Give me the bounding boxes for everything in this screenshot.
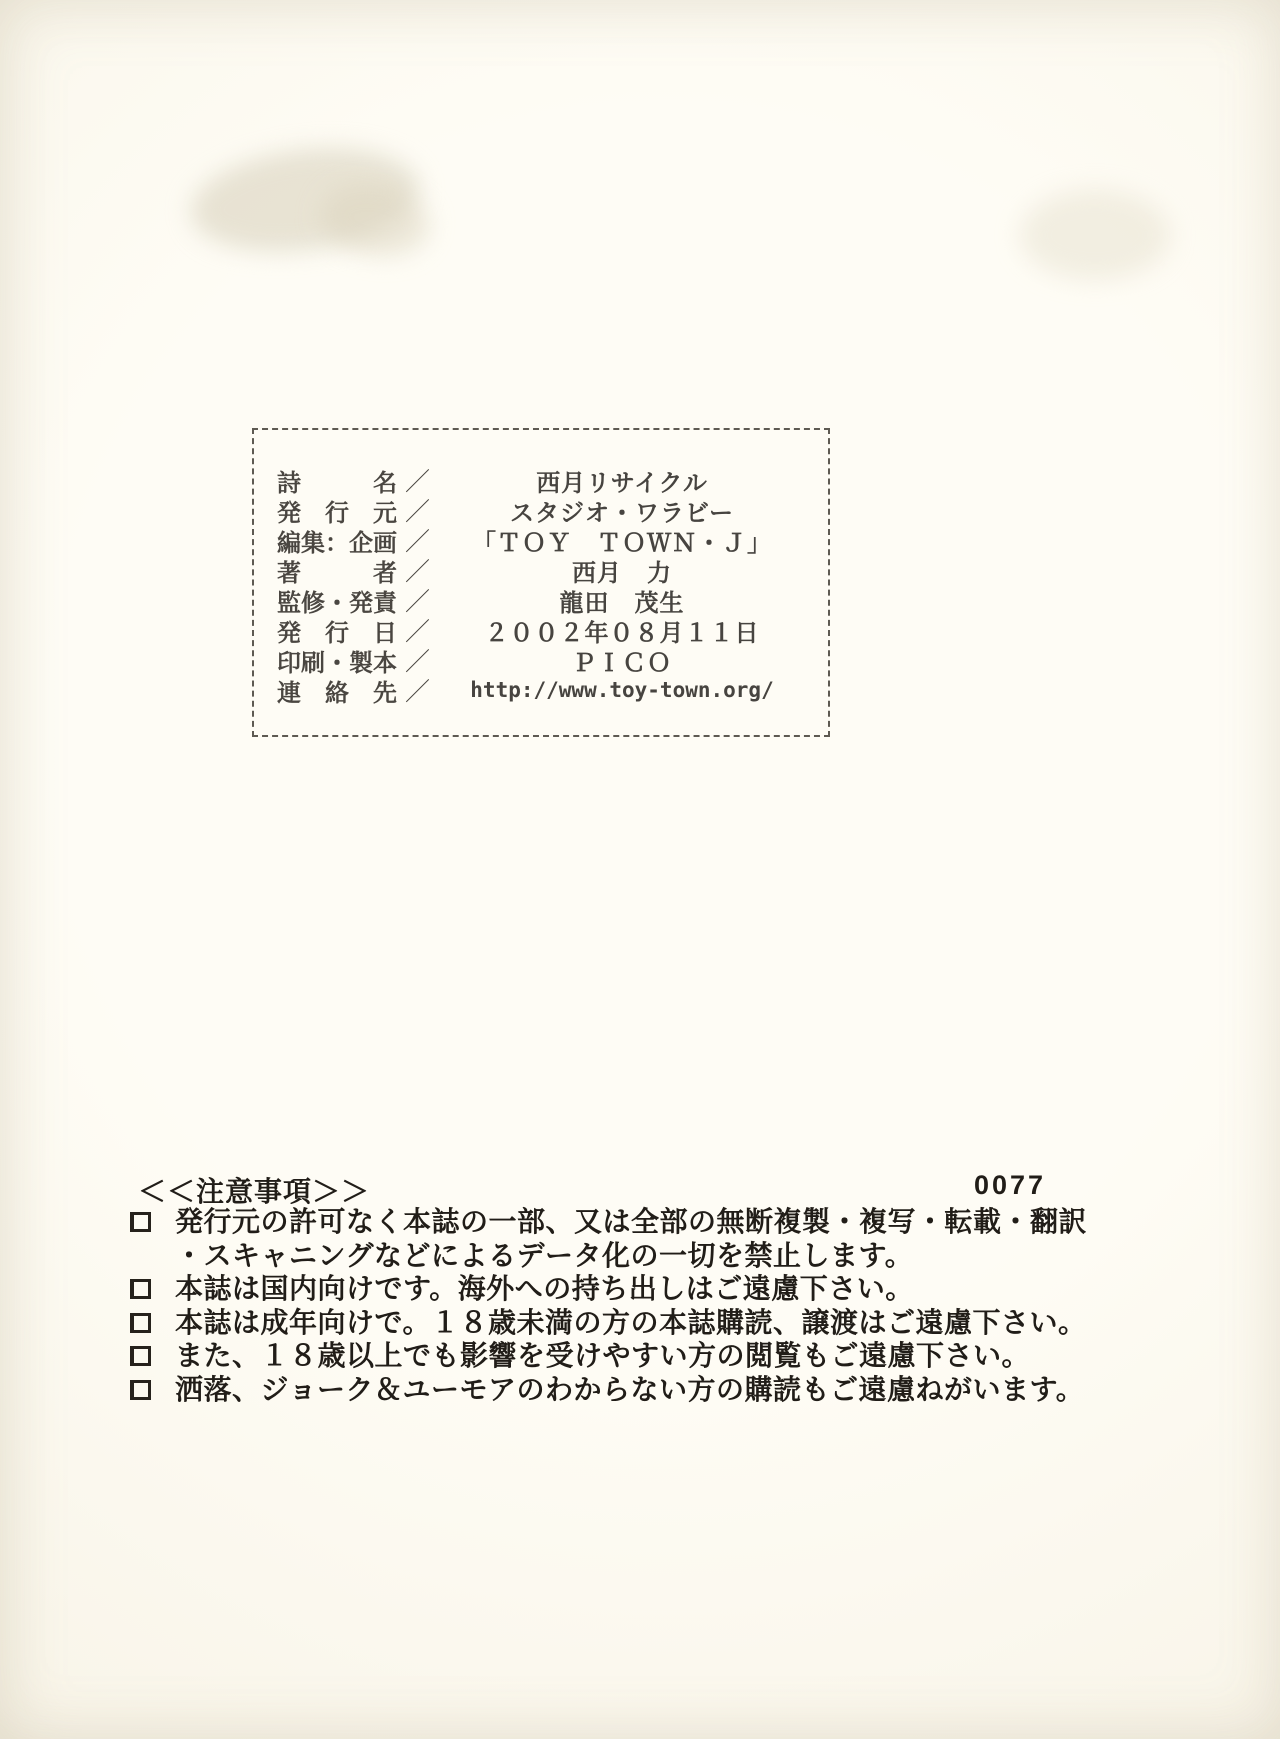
colophon-value: ＰＩＣＯ (430, 643, 814, 678)
colophon-label: 連 絡 先 (277, 673, 399, 708)
notice-title: ＜＜注意事項＞＞ (138, 1170, 370, 1210)
checkbox-icon (130, 1380, 151, 1400)
checkbox-icon (130, 1279, 151, 1299)
notice-line: ・スキャニングなどによるデータ化の一切を禁止します。 (175, 1240, 1087, 1274)
colophon-row-contact: 連 絡 先 ／ http://www.toy-town.org/ (277, 675, 814, 705)
colophon-row-editing: 編集：企画 ／ 「ＴＯＹ ＴＯＷＮ・Ｊ」 (277, 525, 814, 555)
notice-line: 洒落、ジョーク＆ユーモアのわからない方の購読もご遠慮ねがいます。 (175, 1374, 1084, 1408)
notice-item: 本誌は成年向けで。１８歳未満の方の本誌購読、譲渡はご遠慮下さい。 (128, 1307, 1198, 1341)
notice-line: また、１８歳以上でも影響を受けやすい方の閲覧もご遠慮下さい。 (175, 1340, 1030, 1374)
colophon-row-supervisor: 監修・発責 ／ 龍田 茂生 (277, 585, 814, 615)
scanned-page: 詩 名 ／ 西月リサイクル 発 行 元 ／ スタジオ・ワラビー 編集：企画 ／ … (0, 0, 1280, 1739)
separator-slash: ／ (405, 672, 430, 708)
page-number: 0077 (974, 1170, 1046, 1201)
checkbox-icon (130, 1346, 151, 1366)
notice-item: 洒落、ジョーク＆ユーモアのわからない方の購読もご遠慮ねがいます。 (128, 1374, 1198, 1408)
colophon-row-title: 詩 名 ／ 西月リサイクル (277, 465, 814, 495)
colophon-row-issue-date: 発 行 日 ／ ２００２年０８月１１日 (277, 615, 814, 645)
notice-item: また、１８歳以上でも影響を受けやすい方の閲覧もご遠慮下さい。 (128, 1340, 1198, 1374)
notice-item: 本誌は国内向けです。海外への持ち出しはご遠慮下さい。 (128, 1273, 1198, 1307)
checkbox-icon (130, 1313, 151, 1333)
colophon-row-author: 著 者 ／ 西月 力 (277, 555, 814, 585)
ink-bleed-ghost (1020, 190, 1170, 280)
colophon-contact-url: http://www.toy-town.org/ (430, 678, 814, 702)
colophon-row-printing: 印刷・製本 ／ ＰＩＣＯ (277, 645, 814, 675)
notice-list: 発行元の許可なく本誌の一部、又は全部の無断複製・複写・転載・翻訳 ・スキャニング… (128, 1206, 1198, 1407)
notice-line: 本誌は成年向けで。１８歳未満の方の本誌購読、譲渡はご遠慮下さい。 (175, 1307, 1086, 1341)
notice-line: 本誌は国内向けです。海外への持ち出しはご遠慮下さい。 (175, 1273, 914, 1307)
notice-item: 発行元の許可なく本誌の一部、又は全部の無断複製・複写・転載・翻訳 ・スキャニング… (128, 1206, 1198, 1273)
notice-line: 発行元の許可なく本誌の一部、又は全部の無断複製・複写・転載・翻訳 (175, 1206, 1087, 1240)
colophon-row-publisher: 発 行 元 ／ スタジオ・ワラビー (277, 495, 814, 525)
checkbox-icon (130, 1212, 151, 1232)
colophon-box: 詩 名 ／ 西月リサイクル 発 行 元 ／ スタジオ・ワラビー 編集：企画 ／ … (252, 428, 830, 737)
